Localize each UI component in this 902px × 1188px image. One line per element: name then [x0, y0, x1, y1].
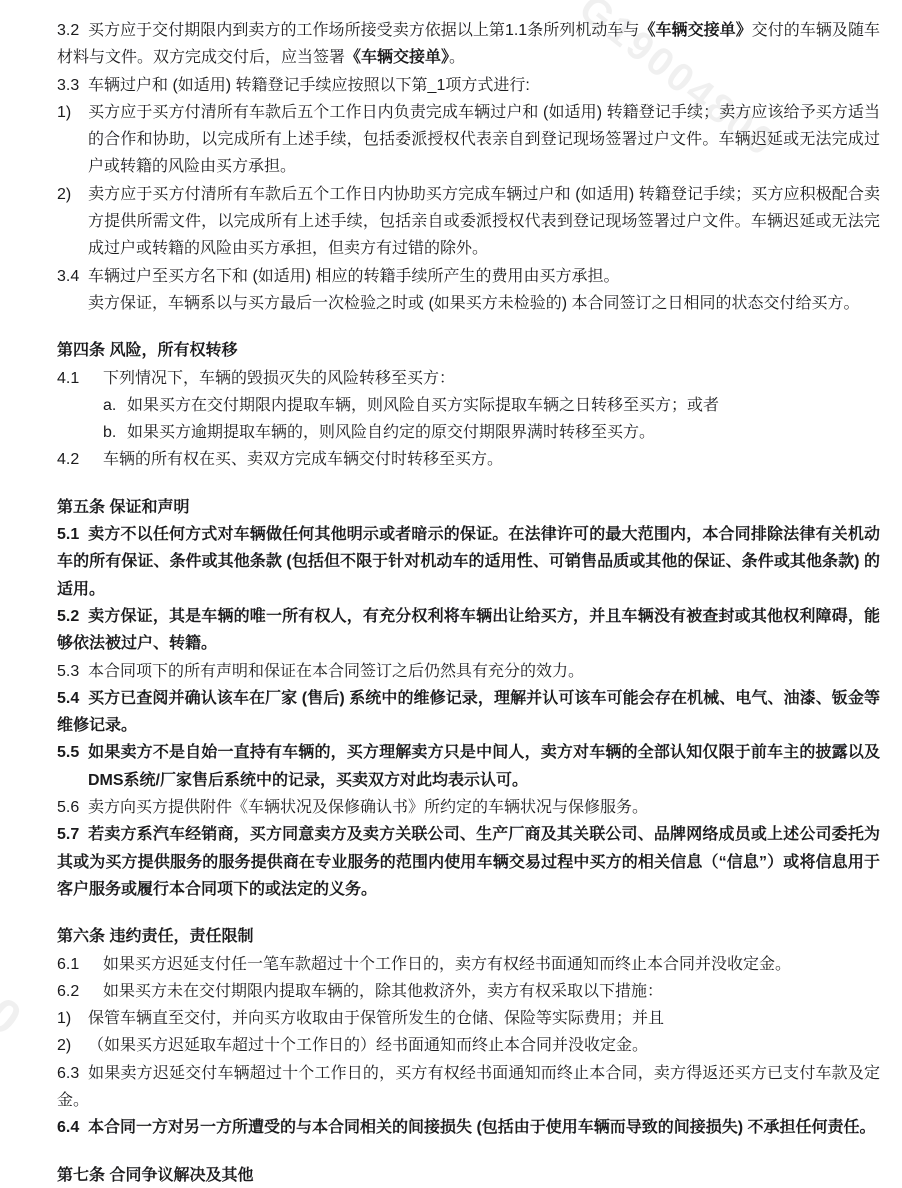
body-text: 本合同项下的所有声明和保证在本合同签订之后仍然具有充分的效力。	[88, 663, 584, 680]
clause-number: 5.6	[57, 794, 88, 821]
body-text: 车辆过户和 (如适用) 转籍登记手续应按照以下第_1项方式进行:	[88, 77, 530, 94]
clause-number: 6.1	[57, 951, 103, 978]
body-text: 下列情况下，车辆的毁损灭失的风险转移至买方：	[103, 370, 455, 387]
body-text: 本合同一方对另一方所遭受的与本合同相关的间接损失 (包括由于使用车辆而导致的间接…	[88, 1119, 876, 1136]
list-item: 1)保管车辆直至交付，并向买方收取由于保管所发生的仓储、保险等实际费用；并且	[57, 1005, 880, 1032]
clause-number: 5.1	[57, 521, 88, 548]
body-text: 如果买方逾期提取车辆的，则风险自约定的原交付期限界满时转移至买方。	[127, 424, 655, 441]
clause-paragraph: 3.3车辆过户和 (如适用) 转籍登记手续应按照以下第_1项方式进行:	[57, 72, 880, 99]
clause-paragraph: 3.2买方应于交付期限内到卖方的工作场所接受卖方依据以上第1.1条所列机动车与《…	[57, 17, 880, 72]
clause-number: 6.4	[57, 1114, 88, 1141]
clause-paragraph: 3.4车辆过户至买方名下和 (如适用) 相应的转籍手续所产生的费用由买方承担。	[57, 263, 880, 290]
body-text: 保管车辆直至交付，并向买方收取由于保管所发生的仓储、保险等实际费用；并且	[88, 1010, 664, 1027]
clause-paragraph: 5.2卖方保证，其是车辆的唯一所有权人，有充分权利将车辆出让给买方，并且车辆没有…	[57, 603, 880, 658]
body-text: 卖方保证，其是车辆的唯一所有权人，有充分权利将车辆出让给买方，并且车辆没有被查封…	[57, 608, 880, 652]
body-text: （如果买方迟延取车超过十个工作日的）经书面通知而终止本合同并没收定金。	[88, 1037, 648, 1054]
clause-number: 6.3	[57, 1060, 88, 1087]
body-text: 如果卖方不是自始一直持有车辆的，买方理解卖方只是中间人，卖方对车辆的全部认知仅限…	[88, 744, 880, 788]
clause-number: 5.4	[57, 685, 88, 712]
list-item: 1)买方应于买方付清所有车款后五个工作日内负责完成车辆过户和 (如适用) 转籍登…	[57, 99, 880, 181]
body-text: 第四条 风险，所有权转移	[57, 342, 237, 359]
clause-number: 5.7	[57, 821, 88, 848]
body-text: 车辆过户至买方名下和 (如适用) 相应的转籍手续所产生的费用由买方承担。	[88, 268, 620, 285]
list-item: 2)卖方应于买方付清所有车款后五个工作日内协助买方完成车辆过户和 (如适用) 转…	[57, 181, 880, 263]
body-text: 如果买方未在交付期限内提取车辆的，除其他救济外，卖方有权采取以下措施：	[103, 983, 663, 1000]
body-text: 如果买方在交付期限内提取车辆，则风险自买方实际提取车辆之日转移至买方；或者	[127, 397, 719, 414]
body-text: 如果买方迟延支付任一笔车款超过十个工作日的，卖方有权经书面通知而终止本合同并没收…	[103, 956, 791, 973]
paragraph: 卖方保证，车辆系以与买方最后一次检验之时或 (如果买方未检验的) 本合同签订之日…	[57, 290, 880, 317]
clause-number: a.	[103, 392, 127, 419]
clause-number: 3.2	[57, 17, 88, 44]
clause-number: 3.3	[57, 72, 88, 99]
clause-number: 2)	[57, 1032, 88, 1059]
clause-number: b.	[103, 419, 127, 446]
clause-paragraph: 6.1如果买方迟延支付任一笔车款超过十个工作日的，卖方有权经书面通知而终止本合同…	[57, 951, 880, 978]
body-text: 卖方向买方提供附件《车辆状况及保修确认书》所约定的车辆状况与保修服务。	[88, 799, 648, 816]
section-heading: 第六条 违约责任，责任限制	[57, 923, 880, 950]
clause-number: 5.2	[57, 603, 88, 630]
clause-paragraph: 5.1卖方不以任何方式对车辆做任何其他明示或者暗示的保证。在法律许可的最大范围内…	[57, 521, 880, 603]
clause-number: 4.2	[57, 446, 103, 473]
list-item: 2)（如果买方迟延取车超过十个工作日的）经书面通知而终止本合同并没收定金。	[57, 1032, 880, 1059]
document-body: 3.2买方应于交付期限内到卖方的工作场所接受卖方依据以上第1.1条所列机动车与《…	[0, 0, 902, 1188]
body-text: 卖方保证，车辆系以与买方最后一次检验之时或 (如果买方未检验的) 本合同签订之日…	[88, 295, 860, 312]
clause-paragraph: 5.3本合同项下的所有声明和保证在本合同签订之后仍然具有充分的效力。	[57, 658, 880, 685]
clause-paragraph: 4.1下列情况下，车辆的毁损灭失的风险转移至买方：	[57, 365, 880, 392]
list-item: 5.5如果卖方不是自始一直持有车辆的，买方理解卖方只是中间人，卖方对车辆的全部认…	[57, 739, 880, 794]
clause-paragraph: 6.4本合同一方对另一方所遭受的与本合同相关的间接损失 (包括由于使用车辆而导致…	[57, 1114, 880, 1141]
body-text: 如果卖方迟延交付车辆超过十个工作日的，买方有权经书面通知而终止本合同，卖方得返还…	[57, 1065, 880, 1109]
sub-list-item: b.如果买方逾期提取车辆的，则风险自约定的原交付期限界满时转移至买方。	[57, 419, 880, 446]
body-text: 车辆的所有权在买、卖双方完成车辆交付时转移至买方。	[103, 451, 503, 468]
clause-paragraph: 6.2如果买方未在交付期限内提取车辆的，除其他救济外，卖方有权采取以下措施：	[57, 978, 880, 1005]
clause-number: 2)	[57, 181, 88, 208]
clause-paragraph: 6.3如果卖方迟延交付车辆超过十个工作日的，买方有权经书面通知而终止本合同，卖方…	[57, 1060, 880, 1115]
emphasized-text: 《车辆交接单》	[639, 22, 751, 39]
body-text: 卖方不以任何方式对车辆做任何其他明示或者暗示的保证。在法律许可的最大范围内，本合…	[57, 526, 880, 598]
clause-number: 1)	[57, 99, 88, 126]
clause-number: 3.4	[57, 263, 88, 290]
body-text: 买方应于买方付清所有车款后五个工作日内负责完成车辆过户和 (如适用) 转籍登记手…	[88, 104, 880, 176]
section-heading: 第五条 保证和声明	[57, 494, 880, 521]
clause-number: 4.1	[57, 365, 103, 392]
emphasized-text: 《车辆交接单》	[345, 49, 449, 66]
sub-list-item: a.如果买方在交付期限内提取车辆，则风险自买方实际提取车辆之日转移至买方；或者	[57, 392, 880, 419]
section-heading: 第七条 合同争议解决及其他	[57, 1162, 880, 1188]
clause-number: 5.5	[57, 739, 88, 766]
clause-number: 6.2	[57, 978, 103, 1005]
clause-paragraph: 5.6卖方向买方提供附件《车辆状况及保修确认书》所约定的车辆状况与保修服务。	[57, 794, 880, 821]
body-text: 卖方应于买方付清所有车款后五个工作日内协助买方完成车辆过户和 (如适用) 转籍登…	[88, 186, 880, 258]
body-text: 第五条 保证和声明	[57, 499, 189, 516]
contract-page: G19004800 00 3.2买方应于交付期限内到卖方的工作场所接受卖方依据以…	[0, 0, 902, 1188]
body-text: 买方已查阅并确认该车在厂家 (售后) 系统中的维修记录，理解并认可该车可能会存在…	[57, 690, 880, 734]
body-text: 第六条 违约责任，责任限制	[57, 928, 253, 945]
body-text: 买方应于交付期限内到卖方的工作场所接受卖方依据以上第1.1条所列机动车与	[88, 22, 639, 39]
body-text: 第七条 合同争议解决及其他	[57, 1167, 253, 1184]
clause-paragraph: 5.7若卖方系汽车经销商，买方同意卖方及卖方关联公司、生产厂商及其关联公司、品牌…	[57, 821, 880, 903]
clause-number: 1)	[57, 1005, 88, 1032]
clause-paragraph: 5.4买方已查阅并确认该车在厂家 (售后) 系统中的维修记录，理解并认可该车可能…	[57, 685, 880, 740]
body-text: 若卖方系汽车经销商，买方同意卖方及卖方关联公司、生产厂商及其关联公司、品牌网络成…	[57, 826, 880, 898]
body-text: 。	[449, 49, 465, 66]
clause-number: 5.3	[57, 658, 88, 685]
clause-paragraph: 4.2车辆的所有权在买、卖双方完成车辆交付时转移至买方。	[57, 446, 880, 473]
section-heading: 第四条 风险，所有权转移	[57, 337, 880, 364]
